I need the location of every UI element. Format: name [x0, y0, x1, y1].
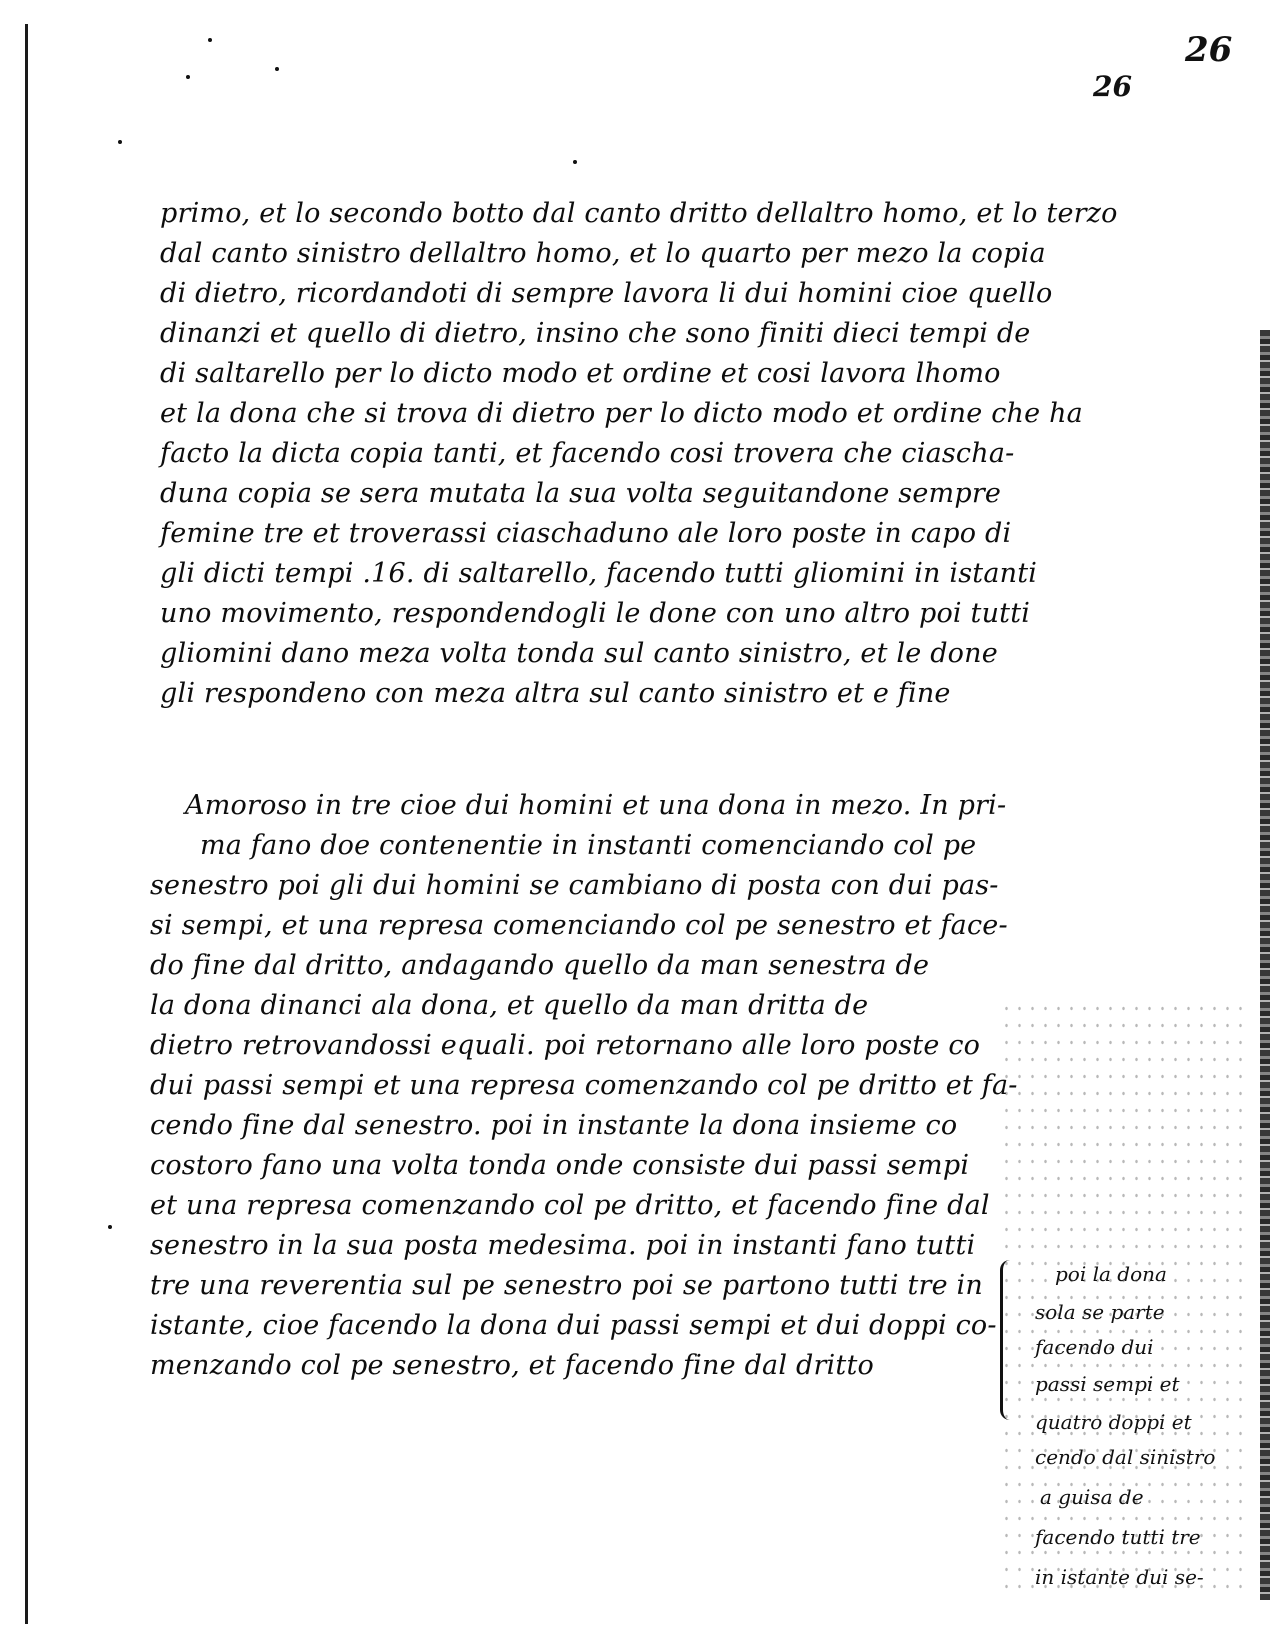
- page-edge-shadow: [1260, 330, 1270, 1600]
- scan-speck: [108, 1225, 112, 1229]
- text-line: primo, et lo secondo botto dal canto dri…: [160, 198, 1118, 229]
- margin-line: sola se parte: [1035, 1300, 1165, 1324]
- margin-line: in istante dui se-: [1035, 1565, 1204, 1589]
- text-line: gli dicti tempi .16. di saltarello, face…: [160, 558, 1037, 589]
- margin-bracket: [1000, 1260, 1017, 1420]
- text-line: femine tre et troverassi ciaschaduno ale…: [160, 518, 1011, 549]
- folio-number-alt: 26: [1093, 70, 1132, 103]
- text-line: senestro in la sua posta medesima. poi i…: [150, 1230, 975, 1261]
- scan-speck: [573, 160, 577, 164]
- text-line: tre una reverentia sul pe senestro poi s…: [150, 1270, 983, 1301]
- text-line: et una represa comenzando col pe dritto,…: [150, 1190, 990, 1221]
- text-line: dal canto sinistro dellaltro homo, et lo…: [160, 238, 1046, 269]
- margin-line: facendo dui: [1035, 1335, 1154, 1359]
- text-line: di saltarello per lo dicto modo et ordin…: [160, 358, 1001, 389]
- binding-edge-line: [25, 24, 28, 1624]
- scan-speck: [118, 140, 122, 144]
- margin-line: a guisa de: [1040, 1485, 1144, 1509]
- margin-line: poi la dona: [1055, 1262, 1167, 1286]
- text-line: costoro fano una volta tonda onde consis…: [150, 1150, 969, 1181]
- text-line: gli respondeno con meza altra sul canto …: [160, 678, 951, 709]
- text-line: di dietro, ricordandoti di sempre lavora…: [160, 278, 1052, 309]
- folio-number: 26: [1185, 30, 1232, 70]
- text-line: si sempi, et una represa comenciando col…: [150, 910, 1008, 941]
- text-line: uno movimento, respondendogli le done co…: [160, 598, 1030, 629]
- text-line: menzando col pe senestro, et facendo fin…: [150, 1350, 874, 1381]
- text-line: dinanzi et quello di dietro, insino che …: [160, 318, 1031, 349]
- margin-line: facendo tutti tre: [1035, 1525, 1201, 1549]
- text-line: et la dona che si trova di dietro per lo…: [160, 398, 1083, 429]
- scan-speck: [208, 38, 212, 42]
- manuscript-page: 26 26 primo, et lo secondo botto dal can…: [0, 0, 1272, 1627]
- text-line: dietro retrovandossi equali. poi retorna…: [150, 1030, 980, 1061]
- margin-line: passi sempi et: [1035, 1372, 1180, 1396]
- text-line: cendo fine dal senestro. poi in instante…: [150, 1110, 957, 1141]
- text-line: duna copia se sera mutata la sua volta s…: [160, 478, 1001, 509]
- margin-line: cendo dal sinistro: [1035, 1445, 1215, 1469]
- text-line: ma fano doe contenentie in instanti come…: [200, 830, 976, 861]
- text-line: istante, cioe facendo la dona dui passi …: [150, 1310, 997, 1341]
- text-line: senestro poi gli dui homini se cambiano …: [150, 870, 999, 901]
- text-line: dui passi sempi et una represa comenzand…: [150, 1070, 1018, 1101]
- text-line: do fine dal dritto, andagando quello da …: [150, 950, 929, 981]
- margin-line: quatro doppi et: [1035, 1410, 1192, 1434]
- text-line: gliomini dano meza volta tonda sul canto…: [160, 638, 998, 669]
- scan-speck: [186, 75, 190, 79]
- text-line: facto la dicta copia tanti, et facendo c…: [160, 438, 1014, 469]
- text-line: la dona dinanci ala dona, et quello da m…: [150, 990, 868, 1021]
- text-line: Amoroso in tre cioe dui homini et una do…: [185, 790, 1006, 821]
- scan-speck: [275, 67, 279, 71]
